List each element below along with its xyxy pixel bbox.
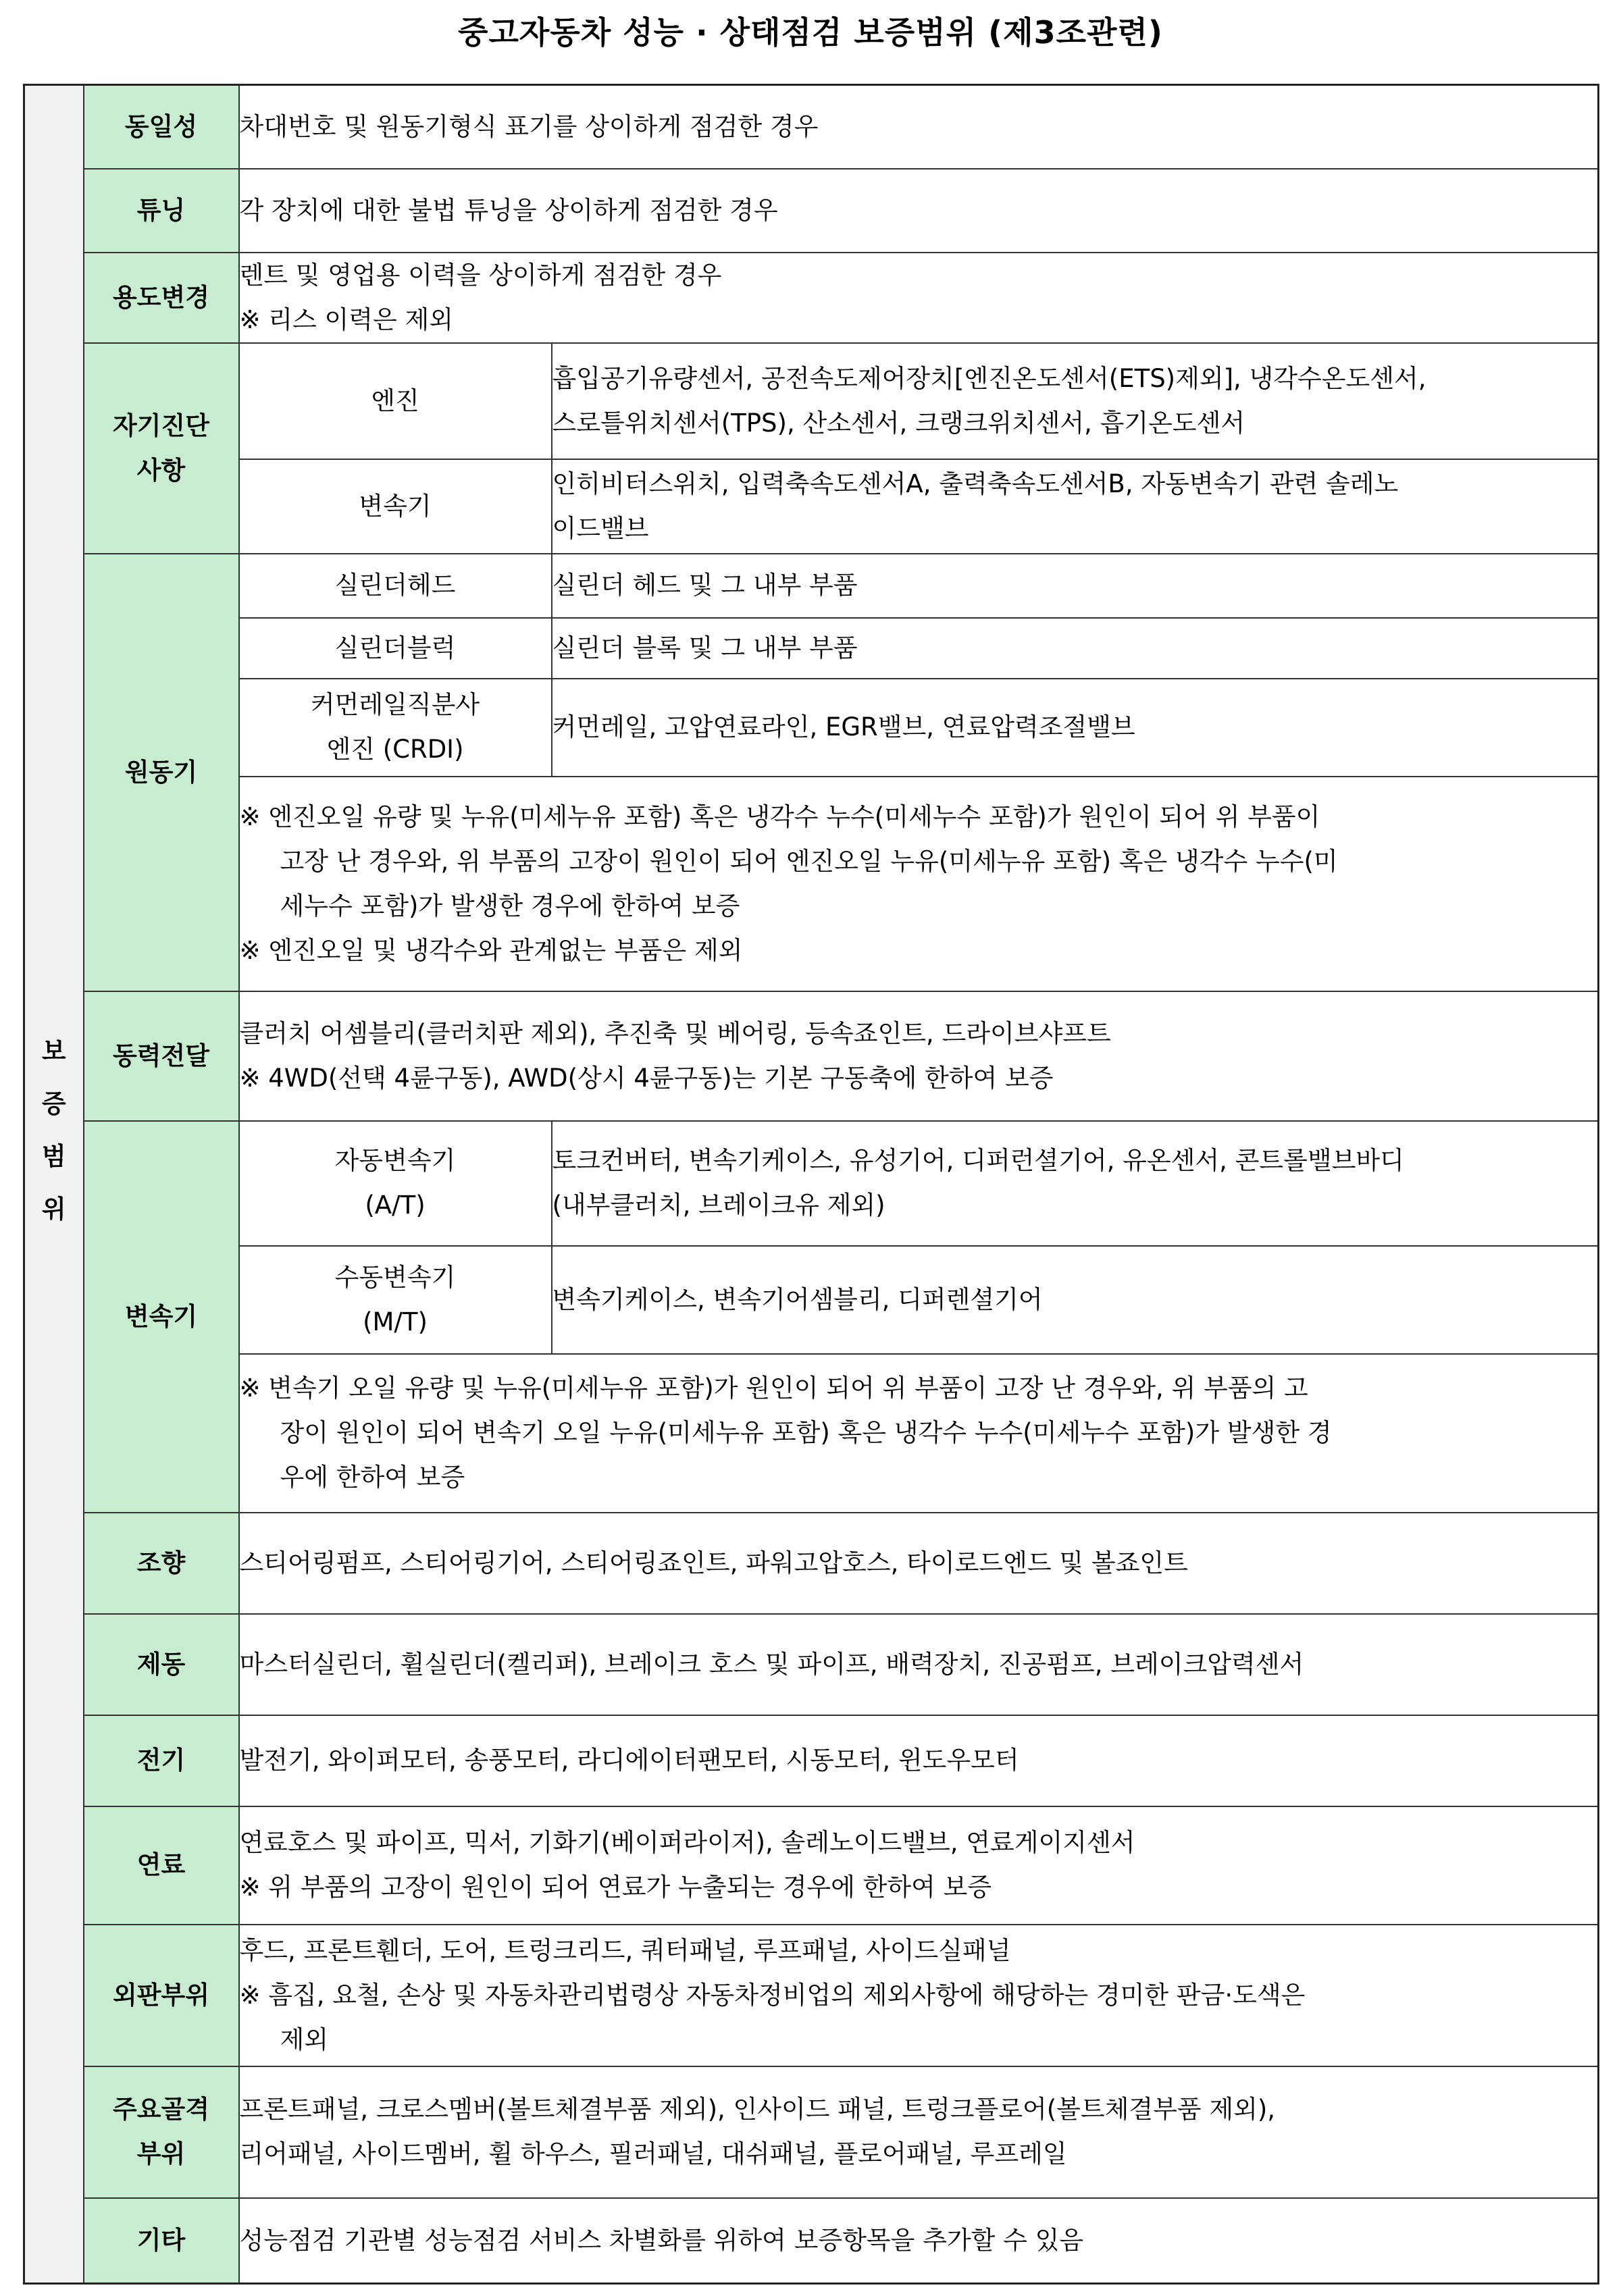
row-tuning: 튜닝 각 장치에 대한 불법 튜닝을 상이하게 점검한 경우 xyxy=(24,169,1599,253)
category-tuning: 튜닝 xyxy=(84,169,239,253)
page-title: 중고자동차 성능 · 상태점검 보증범위 (제3조관련) xyxy=(0,12,1621,53)
content-exterior: 후드, 프론트휀더, 도어, 트렁크리드, 쿼터패널, 루프패널, 사이드실패널… xyxy=(239,1925,1599,2066)
content-braking: 마스터실린더, 휠실린더(켈리퍼), 브레이크 호스 및 파이프, 배력장치, … xyxy=(239,1614,1599,1715)
scope-label-char: 위 xyxy=(42,1183,66,1236)
engine-note-2: ※ 엔진오일 및 냉각수와 관계없는 부품은 제외 xyxy=(240,929,1598,973)
content-crdi: 커먼레일, 고압연료라인, EGR밸브, 연료압력조절밸브 xyxy=(552,679,1599,777)
category-electrical: 전기 xyxy=(84,1715,239,1806)
content-tuning: 각 장치에 대한 불법 튜닝을 상이하게 점검한 경우 xyxy=(239,169,1599,253)
content-other: 성능점검 기관별 성능점검 서비스 차별화를 위하여 보증항목을 추가할 수 있… xyxy=(239,2198,1599,2284)
category-exterior: 외판부위 xyxy=(84,1925,239,2066)
exterior-note: ※ 흠집, 요철, 손상 및 자동차관리법령상 자동차정비업의 제외사항에 해당… xyxy=(240,1973,1598,2062)
category-usage-change: 용도변경 xyxy=(84,253,239,343)
content-manual-transmission: 변속기케이스, 변속기어셈블리, 디퍼렌셜기어 xyxy=(552,1246,1599,1354)
row-transmission-mt: 수동변속기 (M/T) 변속기케이스, 변속기어셈블리, 디퍼렌셜기어 xyxy=(24,1246,1599,1354)
category-braking: 제동 xyxy=(84,1614,239,1715)
sub-crdi: 커먼레일직분사 엔진 (CRDI) xyxy=(239,679,552,777)
row-power-transfer: 동력전달 클러치 어셈블리(클러치판 제외), 추진축 및 베어링, 등속죠인트… xyxy=(24,991,1599,1121)
scope-label-cell: 보 증 범 위 xyxy=(24,85,84,2284)
row-steering: 조향 스티어링펌프, 스티어링기어, 스티어링죠인트, 파워고압호스, 타이로드… xyxy=(24,1513,1599,1614)
row-self-diagnosis-engine: 자기진단 사항 엔진 흡입공기유량센서, 공전속도제어장치[엔진온도센서(ETS… xyxy=(24,343,1599,459)
row-transmission-at: 변속기 자동변속기 (A/T) 토크컨버터, 변속기케이스, 유성기어, 디퍼런… xyxy=(24,1121,1599,1246)
row-braking: 제동 마스터실린더, 휠실린더(켈리퍼), 브레이크 호스 및 파이프, 배력장… xyxy=(24,1614,1599,1715)
category-other: 기타 xyxy=(84,2198,239,2284)
scope-label-char: 보 xyxy=(42,1025,66,1078)
row-transmission-notes: ※ 변속기 오일 유량 및 누유(미세누유 포함)가 원인이 되어 위 부품이 … xyxy=(24,1354,1599,1513)
content-power-transfer: 클러치 어셈블리(클러치판 제외), 추진축 및 베어링, 등속죠인트, 드라이… xyxy=(239,991,1599,1121)
row-engine-cylinder-block: 실린더블럭 실린더 블록 및 그 내부 부품 xyxy=(24,618,1599,679)
content-self-diagnosis-transmission: 인히비터스위치, 입력축속도센서A, 출력축속도센서B, 자동변속기 관련 솔레… xyxy=(552,459,1599,554)
content-self-diagnosis-engine: 흡입공기유량센서, 공전속도제어장치[엔진온도센서(ETS)제외], 냉각수온도… xyxy=(552,343,1599,459)
sub-automatic-transmission: 자동변속기 (A/T) xyxy=(239,1121,552,1246)
row-engine-cylinder-head: 원동기 실린더헤드 실린더 헤드 및 그 내부 부품 xyxy=(24,554,1599,618)
row-engine-crdi: 커먼레일직분사 엔진 (CRDI) 커먼레일, 고압연료라인, EGR밸브, 연… xyxy=(24,679,1599,777)
sub-transmission: 변속기 xyxy=(239,459,552,554)
category-steering: 조향 xyxy=(84,1513,239,1614)
content-transmission-notes: ※ 변속기 오일 유량 및 누유(미세누유 포함)가 원인이 되어 위 부품이 … xyxy=(239,1354,1599,1513)
content-usage-change: 렌트 및 영업용 이력을 상이하게 점검한 경우 ※ 리스 이력은 제외 xyxy=(239,253,1599,343)
row-usage-change: 용도변경 렌트 및 영업용 이력을 상이하게 점검한 경우 ※ 리스 이력은 제… xyxy=(24,253,1599,343)
content-automatic-transmission: 토크컨버터, 변속기케이스, 유성기어, 디퍼런셜기어, 유온센서, 콘트롤밸브… xyxy=(552,1121,1599,1246)
category-engine: 원동기 xyxy=(84,554,239,991)
category-self-diagnosis: 자기진단 사항 xyxy=(84,343,239,554)
category-identity: 동일성 xyxy=(84,85,239,169)
content-fuel: 연료호스 및 파이프, 믹서, 기화기(베이퍼라이저), 솔레노이드밸브, 연료… xyxy=(239,1806,1599,1925)
content-engine-notes: ※ 엔진오일 유량 및 누유(미세누유 포함) 혹은 냉각수 누수(미세누수 포… xyxy=(239,777,1599,991)
sub-cylinder-block: 실린더블럭 xyxy=(239,618,552,679)
row-other: 기타 성능점검 기관별 성능점검 서비스 차별화를 위하여 보증항목을 추가할 … xyxy=(24,2198,1599,2284)
content-cylinder-block: 실린더 블록 및 그 내부 부품 xyxy=(552,618,1599,679)
category-fuel: 연료 xyxy=(84,1806,239,1925)
category-frame: 주요골격 부위 xyxy=(84,2066,239,2198)
row-engine-notes: ※ 엔진오일 유량 및 누유(미세누유 포함) 혹은 냉각수 누수(미세누수 포… xyxy=(24,777,1599,991)
engine-note-1: ※ 엔진오일 유량 및 누유(미세누유 포함) 혹은 냉각수 누수(미세누수 포… xyxy=(240,795,1598,929)
scope-label-char: 증 xyxy=(42,1078,66,1130)
scope-label-char: 범 xyxy=(42,1130,66,1183)
category-transmission: 변속기 xyxy=(84,1121,239,1513)
content-frame: 프론트패널, 크로스멤버(볼트체결부품 제외), 인사이드 패널, 트렁크플로어… xyxy=(239,2066,1599,2198)
row-identity: 보 증 범 위 동일성 차대번호 및 원동기형식 표기를 상이하게 점검한 경우 xyxy=(24,85,1599,169)
content-electrical: 발전기, 와이퍼모터, 송풍모터, 라디에이터팬모터, 시동모터, 윈도우모터 xyxy=(239,1715,1599,1806)
row-electrical: 전기 발전기, 와이퍼모터, 송풍모터, 라디에이터팬모터, 시동모터, 윈도우… xyxy=(24,1715,1599,1806)
sub-manual-transmission: 수동변속기 (M/T) xyxy=(239,1246,552,1354)
transmission-note-1: ※ 변속기 오일 유량 및 누유(미세누유 포함)가 원인이 되어 위 부품이 … xyxy=(240,1366,1598,1500)
content-cylinder-head: 실린더 헤드 및 그 내부 부품 xyxy=(552,554,1599,618)
row-fuel: 연료 연료호스 및 파이프, 믹서, 기화기(베이퍼라이저), 솔레노이드밸브,… xyxy=(24,1806,1599,1925)
content-steering: 스티어링펌프, 스티어링기어, 스티어링죠인트, 파워고압호스, 타이로드엔드 … xyxy=(239,1513,1599,1614)
content-identity: 차대번호 및 원동기형식 표기를 상이하게 점검한 경우 xyxy=(239,85,1599,169)
row-exterior: 외판부위 후드, 프론트휀더, 도어, 트렁크리드, 쿼터패널, 루프패널, 사… xyxy=(24,1925,1599,2066)
sub-engine: 엔진 xyxy=(239,343,552,459)
sub-cylinder-head: 실린더헤드 xyxy=(239,554,552,618)
category-power-transfer: 동력전달 xyxy=(84,991,239,1121)
row-self-diagnosis-transmission: 변속기 인히비터스위치, 입력축속도센서A, 출력축속도센서B, 자동변속기 관… xyxy=(24,459,1599,554)
row-frame: 주요골격 부위 프론트패널, 크로스멤버(볼트체결부품 제외), 인사이드 패널… xyxy=(24,2066,1599,2198)
warranty-scope-table: 보 증 범 위 동일성 차대번호 및 원동기형식 표기를 상이하게 점검한 경우… xyxy=(23,84,1599,2285)
